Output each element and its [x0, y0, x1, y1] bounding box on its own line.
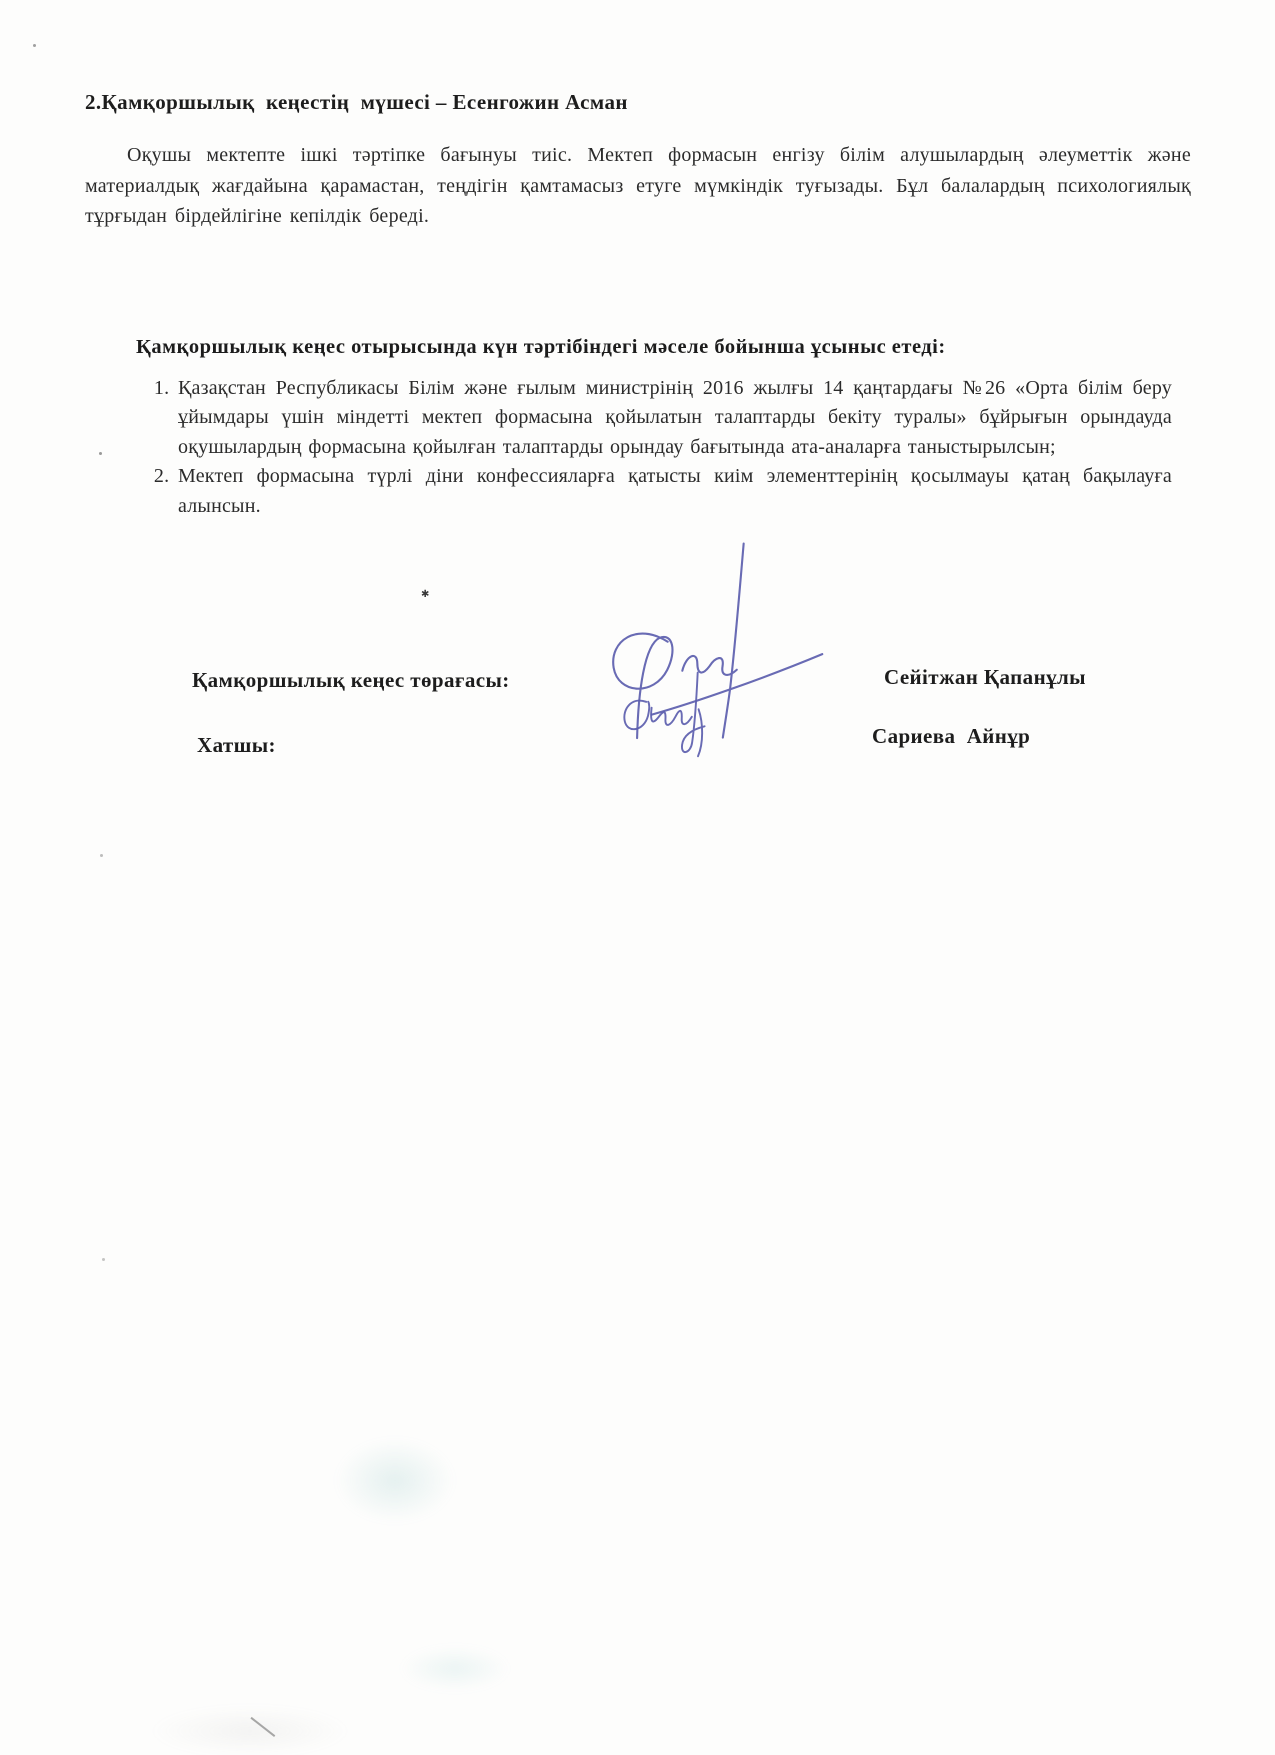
scan-shadow-artifact: [150, 1706, 350, 1755]
secretary-name: Сариева Айнұр: [872, 724, 1030, 749]
ink-smudge-artifact: [400, 1646, 510, 1691]
scanned-document-page: 2.Қамқоршылық кеңестің мүшесі – Есенгожи…: [0, 0, 1275, 1755]
proposals-list: Қазақстан Республикасы Білім және ғылым …: [140, 374, 1172, 521]
ink-smudge-artifact: [335, 1438, 455, 1523]
proposal-item-1: Қазақстан Республикасы Білім және ғылым …: [176, 374, 1172, 462]
intro-paragraph: Оқушы мектепте ішкі тәртіпке бағынуы тиі…: [85, 140, 1191, 232]
scan-dot-artifact: [102, 1258, 105, 1261]
chairman-name: Сейітжан Қапанұлы: [884, 665, 1086, 690]
scan-dot-artifact: [99, 452, 102, 455]
document-heading: 2.Қамқоршылық кеңестің мүшесі – Есенгожи…: [85, 90, 628, 115]
scan-speck-mark: ✱: [421, 590, 429, 600]
secretary-role-label: Хатшы:: [197, 733, 276, 758]
secretary-signature-ink: [615, 650, 732, 764]
proposal-item-2: Мектеп формасына түрлі діни конфессиялар…: [176, 462, 1172, 521]
scan-dot-artifact: [100, 854, 103, 857]
scan-dot-artifact: [33, 44, 36, 47]
chairman-role-label: Қамқоршылық кеңес төрағасы:: [192, 668, 510, 693]
section-heading: Қамқоршылық кеңес отырысында күн тәртібі…: [136, 336, 946, 359]
